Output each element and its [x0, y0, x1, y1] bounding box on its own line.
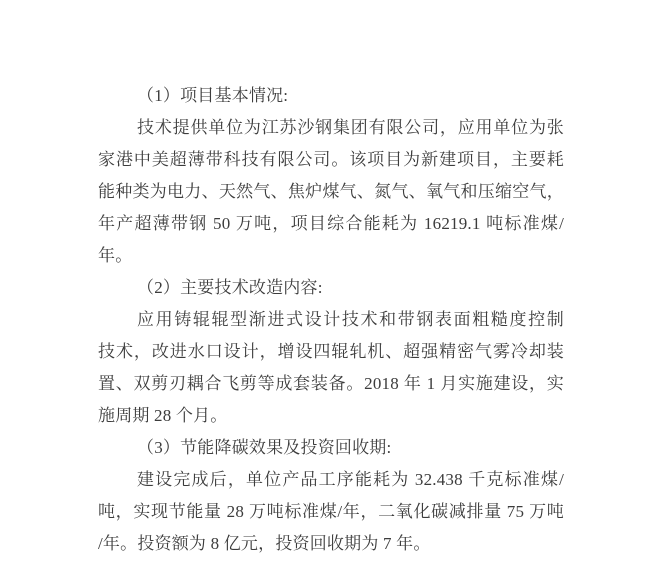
section-2-heading: （2）主要技术改造内容: — [98, 272, 564, 304]
text-line: /年。投资额为 8 亿元，投资回收期为 7 年。 — [98, 528, 564, 560]
text-line: 年。 — [98, 240, 564, 272]
text-line: 施周期 28 个月。 — [98, 400, 564, 432]
text-block: （1）项目基本情况: 技术提供单位为江苏沙钢集团有限公司，应用单位为张 家港中美… — [98, 80, 564, 560]
text-line: 应用铸辊辊型渐进式设计技术和带钢表面粗糙度控制 — [98, 304, 564, 336]
text-line: 建设完成后，单位产品工序能耗为 32.438 千克标准煤/ — [98, 464, 564, 496]
text-line: 技术，改进水口设计，增设四辊轧机、超强精密气雾冷却装 — [98, 336, 564, 368]
text-line: 能种类为电力、天然气、焦炉煤气、氮气、氧气和压缩空气， — [98, 176, 564, 208]
section-3-heading: （3）节能降碳效果及投资回收期: — [98, 432, 564, 464]
text-line: 技术提供单位为江苏沙钢集团有限公司，应用单位为张 — [98, 112, 564, 144]
text-line: 置、双剪刃耦合飞剪等成套装备。2018 年 1 月实施建设，实 — [98, 368, 564, 400]
text-line: 吨，实现节能量 28 万吨标准煤/年，二氧化碳减排量 75 万吨 — [98, 496, 564, 528]
section-1-heading: （1）项目基本情况: — [98, 80, 564, 112]
text-line: 年产超薄带钢 50 万吨，项目综合能耗为 16219.1 吨标准煤/ — [98, 208, 564, 240]
document-page: （1）项目基本情况: 技术提供单位为江苏沙钢集团有限公司，应用单位为张 家港中美… — [0, 0, 660, 582]
text-line: 家港中美超薄带科技有限公司。该项目为新建项目，主要耗 — [98, 144, 564, 176]
